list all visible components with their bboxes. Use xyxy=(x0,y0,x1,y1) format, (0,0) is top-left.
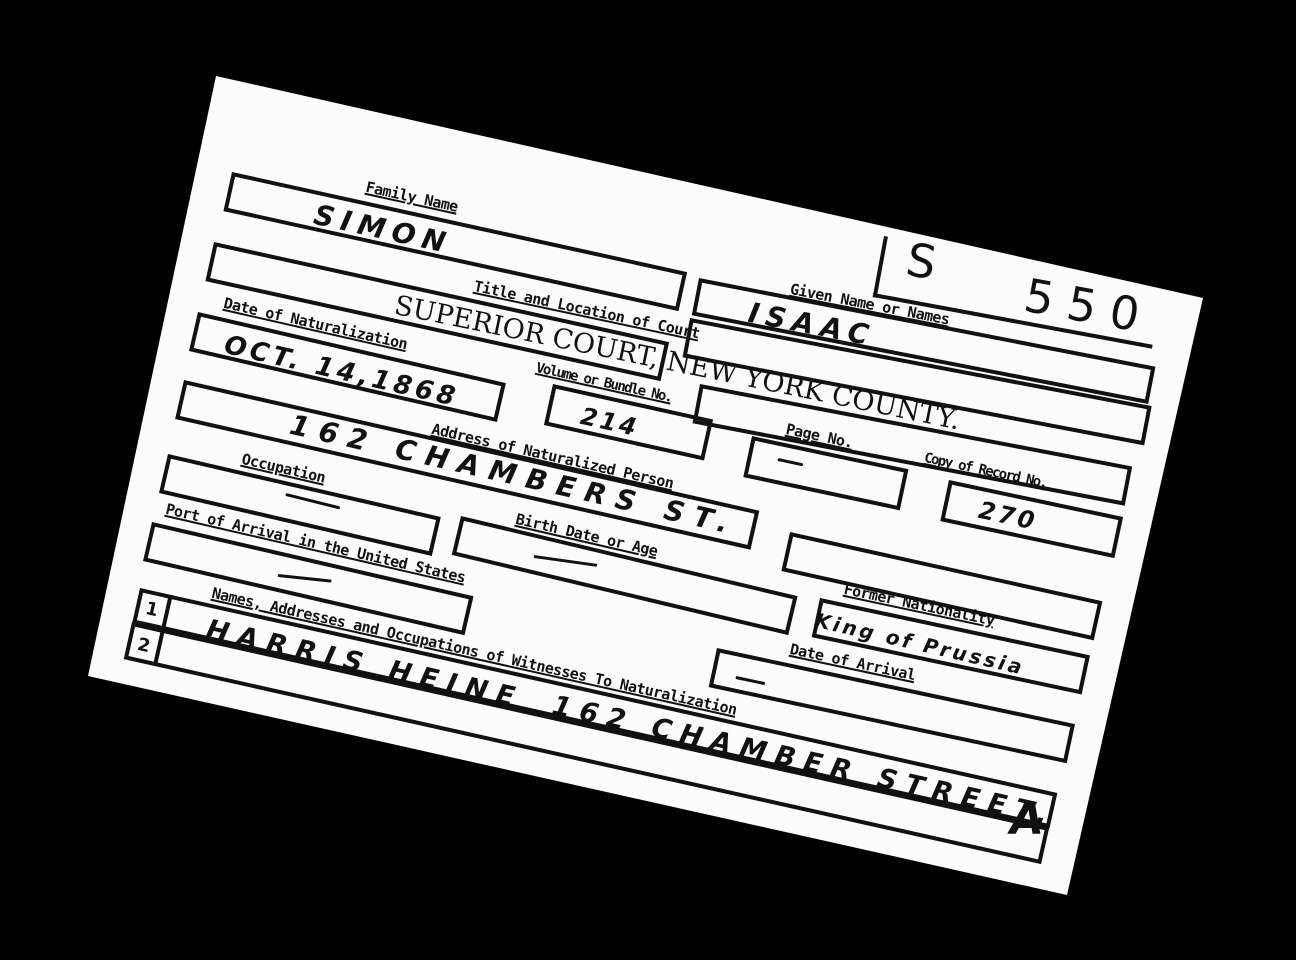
witness-initial: A xyxy=(1010,794,1044,845)
naturalization-index-card: Family Name SIMON Title and Location of … xyxy=(0,0,1296,960)
